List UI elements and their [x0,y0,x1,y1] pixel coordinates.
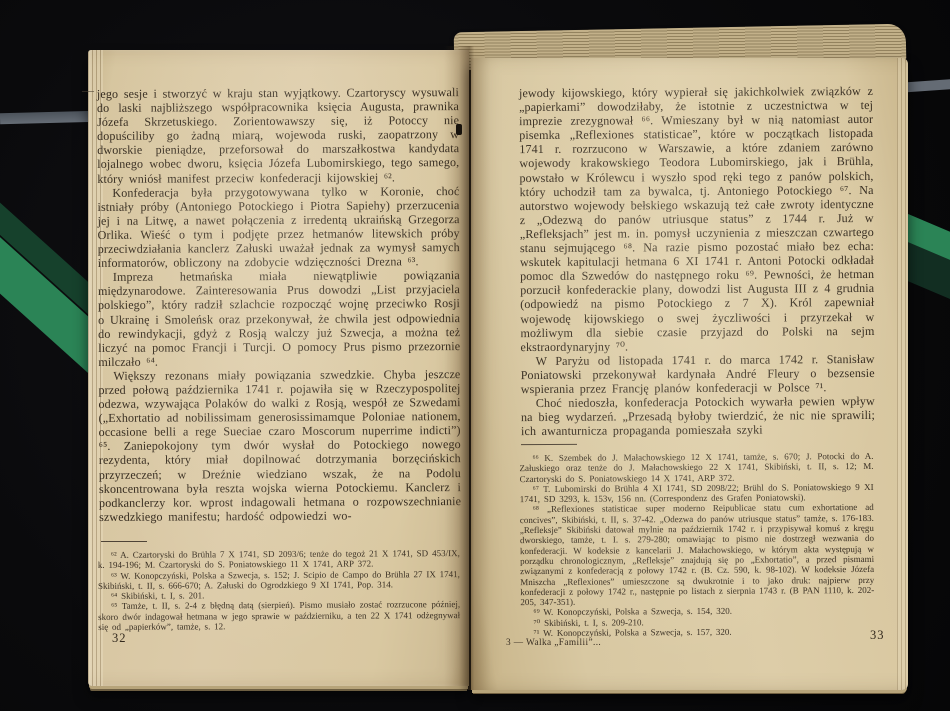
paragraph: Impreza hetmańska miała niewątpliwie pow… [98,268,461,369]
footnote: ⁶⁶ K. Szembek do J. Małachowskiego 12 X … [519,451,873,484]
left-page: — jego sesje i stworzyć w kraju stan wyj… [88,50,469,686]
footnote-separator-rule [101,541,147,542]
page-number-left: 32 [112,631,127,646]
paragraph: Choć niedoszła, konfederacja Potockich w… [521,394,875,438]
open-book: — jego sesje i stworzyć w kraju stan wyj… [88,28,914,690]
grey-stripe-left [0,111,98,125]
right-page: jewody kijowskiego, który wypierał się j… [471,58,908,690]
paragraph: Konfederacja była przygotowywana tylko w… [97,184,459,270]
paragraph: jego sesje i stworzyć w kraju stan wyjąt… [97,85,460,186]
right-page-footnotes: ⁶⁶ K. Szembek do J. Małachowskiego 12 X … [519,451,874,639]
footnote: ⁶⁵ Tamże, t. II, s. 2-4 z błędną datą (s… [98,600,460,633]
paragraph: Większy rezonans miały powiązania szwedz… [98,367,461,524]
footnote: ⁶⁸ „Reflexiones statisticae super modern… [520,502,875,607]
left-page-body-text: jego sesje i stworzyć w kraju stan wyjąt… [97,85,461,524]
right-page-body-text: jewody kijowskiego, który wypierał się j… [519,84,875,438]
margin-pencil-mark: — [82,83,94,98]
footnote: ⁷¹ W. Konopczyński, Polska a Szwecja, s.… [521,626,875,638]
footnote: ⁶³ W. Konopczyński, Polska a Szwecja, s.… [98,569,460,591]
left-page-footnotes: ⁶² A. Czartoryski do Brühla 7 X 1741, SD… [98,548,460,632]
footnote: ⁶² A. Czartoryski do Brühla 7 X 1741, SD… [98,548,460,570]
ink-smudge [456,124,462,135]
footnote: ⁶⁷ T. Lubomirski do Brühla 4 XI 1741, SD… [520,482,874,505]
footnote-separator-rule [521,444,577,445]
paragraph: W Paryżu od listopada 1741 r. do marca 1… [521,352,875,396]
page-number-right: 33 [870,628,885,643]
right-fore-edge-pages [897,58,908,690]
printers-sheet-signature: 3 — Walka „Familii”... [506,638,601,648]
paragraph: jewody kijowskiego, który wypierał się j… [519,84,875,354]
photo-of-open-book: { "book": { "left_page": { "margin_mark"… [0,0,950,711]
